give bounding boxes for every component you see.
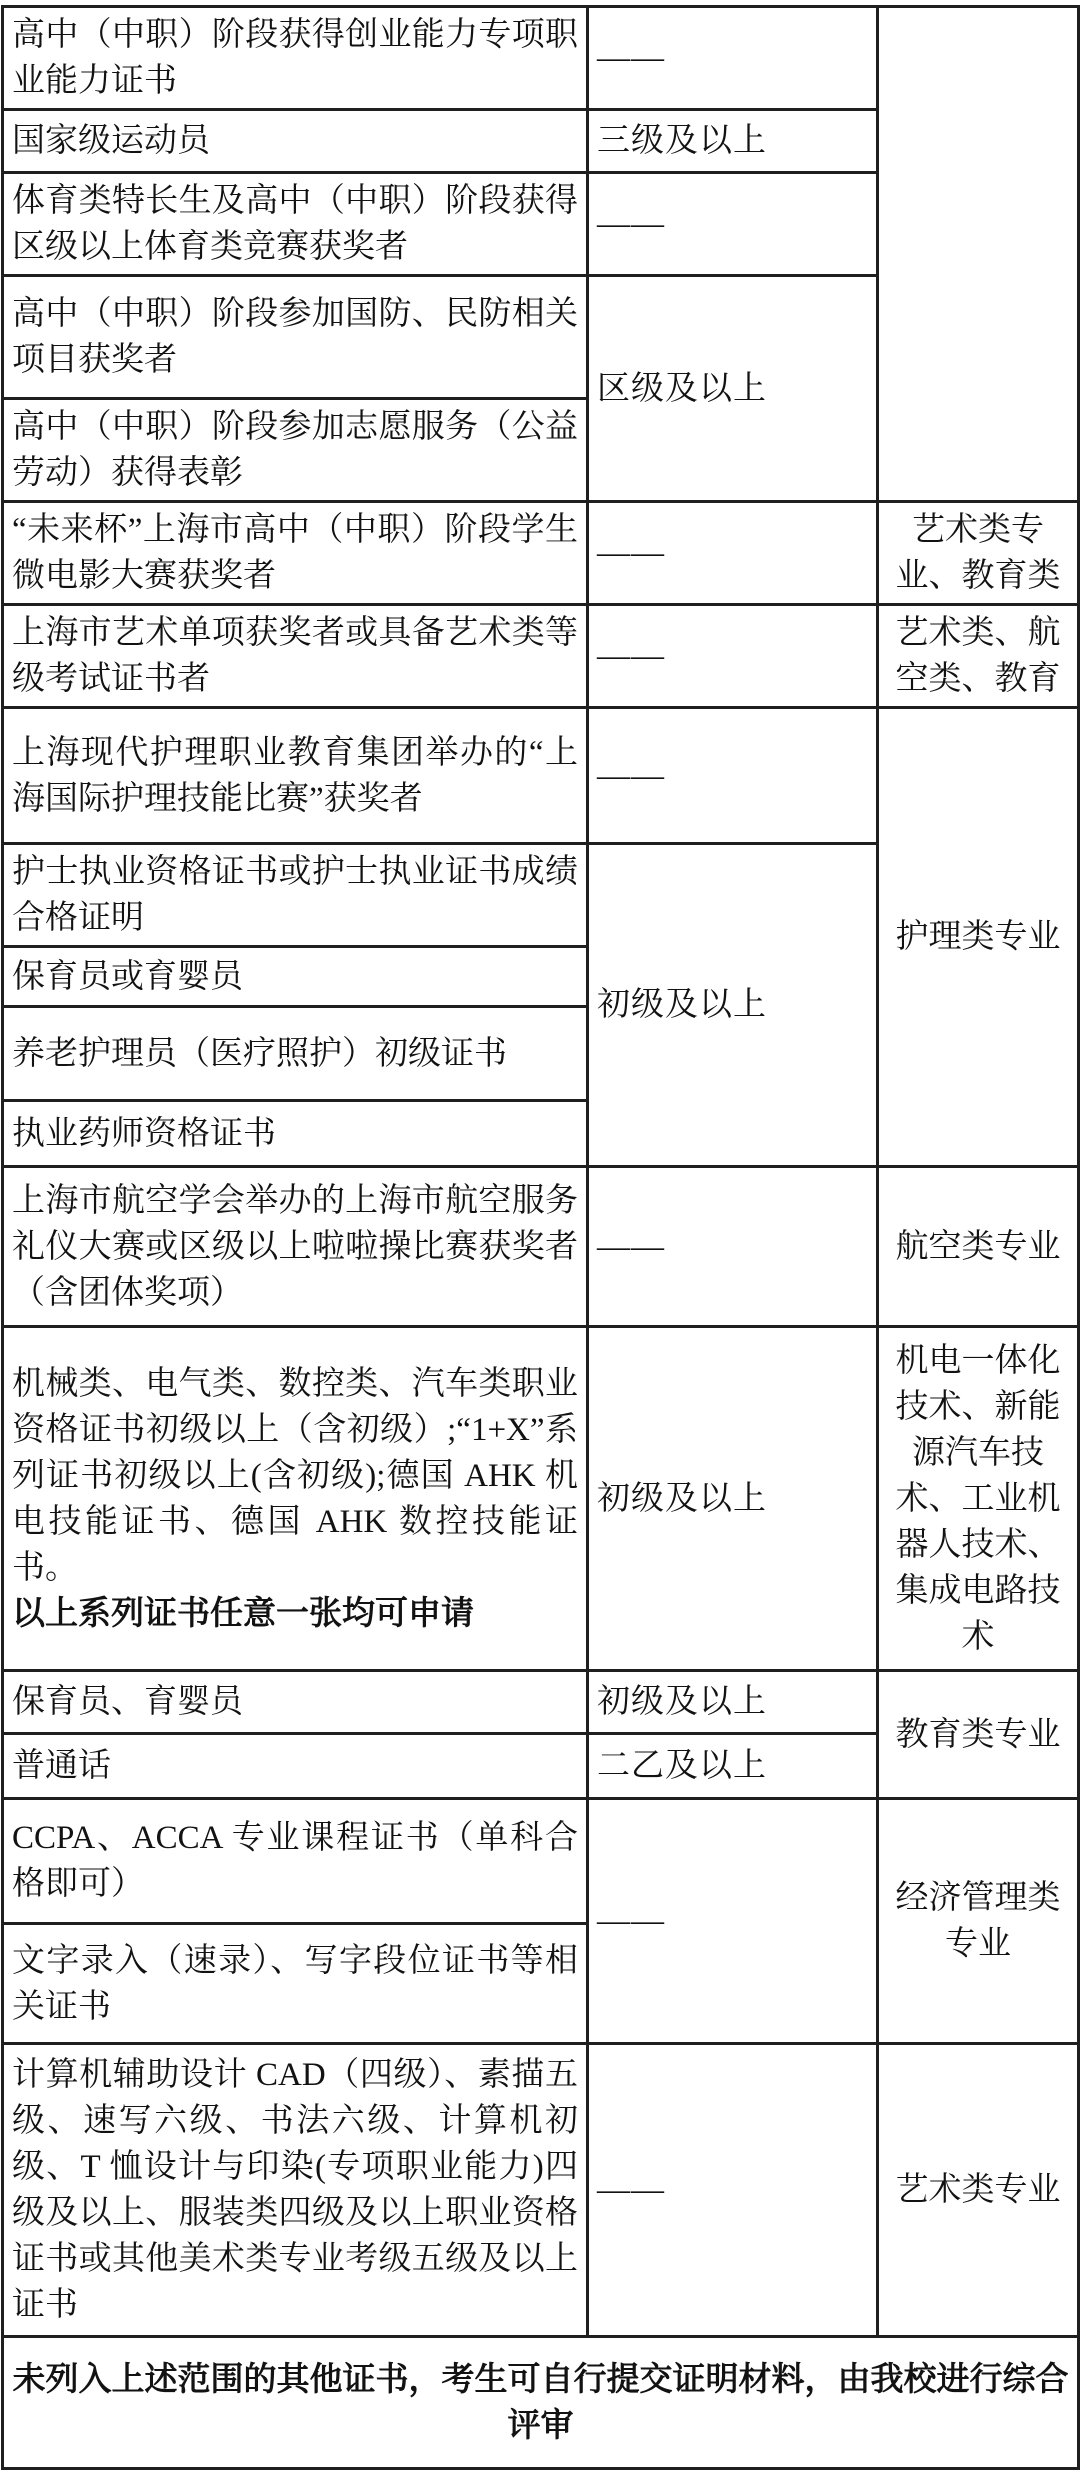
major-cell: 艺术类专业	[878, 2044, 1079, 2337]
cert-cell: 上海市航空学会举办的上海市航空服务礼仪大赛或区级以上啦啦操比赛获奖者（含团体奖项…	[3, 1167, 588, 1327]
footer-cell: 未列入上述范围的其他证书，考生可自行提交证明材料，由我校进行综合评审	[3, 2337, 1079, 2469]
certificate-requirements-table: 高中（中职）阶段获得创业能力专项职业能力证书——国家级运动员三级及以上体育类特长…	[1, 5, 1080, 2470]
cert-cell: “未来杯”上海市高中（中职）阶段学生微电影大赛获奖者	[3, 502, 588, 605]
table-row: “未来杯”上海市高中（中职）阶段学生微电影大赛获奖者——艺术类专业、教育类	[3, 502, 1079, 605]
cert-cell: 高中（中职）阶段参加国防、民防相关项目获奖者	[3, 276, 588, 399]
major-cell: 艺术类、航空类、教育	[878, 605, 1079, 708]
table-row: 未列入上述范围的其他证书，考生可自行提交证明材料，由我校进行综合评审	[3, 2337, 1079, 2469]
major-cell: 机电一体化技术、新能源汽车技术、工业机器人技术、集成电路技术	[878, 1327, 1079, 1671]
table-row: 高中（中职）阶段获得创业能力专项职业能力证书——	[3, 7, 1079, 110]
cert-cell: 上海市艺术单项获奖者或具备艺术类等级考试证书者	[3, 605, 588, 708]
level-cell: ——	[588, 502, 878, 605]
level-cell: ——	[588, 7, 878, 110]
cert-cell: CCPA、ACCA 专业课程证书（单科合格即可）	[3, 1799, 588, 1924]
level-cell: ——	[588, 1167, 878, 1327]
table-row: 保育员、育婴员初级及以上教育类专业	[3, 1671, 1079, 1734]
major-cell: 经济管理类专业	[878, 1799, 1079, 2044]
cert-cell: 国家级运动员	[3, 110, 588, 173]
major-cell: 护理类专业	[878, 708, 1079, 1167]
major-cell: 艺术类专业、教育类	[878, 502, 1079, 605]
level-cell: 二乙及以上	[588, 1734, 878, 1799]
cert-cell: 执业药师资格证书	[3, 1101, 588, 1167]
table-row: CCPA、ACCA 专业课程证书（单科合格即可）——经济管理类专业	[3, 1799, 1079, 1924]
table-row: 机械类、电气类、数控类、汽车类职业资格证书初级以上（含初级）;“1+X”系列证书…	[3, 1327, 1079, 1671]
level-cell: ——	[588, 708, 878, 844]
level-cell: ——	[588, 173, 878, 276]
level-cell: 初级及以上	[588, 1671, 878, 1734]
level-cell: 三级及以上	[588, 110, 878, 173]
cert-cell: 普通话	[3, 1734, 588, 1799]
cert-cell: 体育类特长生及高中（中职）阶段获得区级以上体育类竞赛获奖者	[3, 173, 588, 276]
level-cell: 区级及以上	[588, 276, 878, 502]
cert-cell: 养老护理员（医疗照护）初级证书	[3, 1007, 588, 1101]
major-cell	[878, 7, 1079, 502]
table-row: 上海现代护理职业教育集团举办的“上海国际护理技能比赛”获奖者——护理类专业	[3, 708, 1079, 844]
cert-cell: 保育员、育婴员	[3, 1671, 588, 1734]
level-cell: ——	[588, 605, 878, 708]
cert-cell: 保育员或育婴员	[3, 947, 588, 1007]
cert-cell: 文字录入（速录）、写字段位证书等相关证书	[3, 1924, 588, 2044]
cert-cell: 计算机辅助设计 CAD（四级）、素描五级、速写六级、书法六级、计算机初级、T 恤…	[3, 2044, 588, 2337]
cert-cell: 护士执业资格证书或护士执业证书成绩合格证明	[3, 844, 588, 947]
cert-text-line: 机械类、电气类、数控类、汽车类职业资格证书初级以上（含初级）;“1+X”系列证书…	[12, 1361, 578, 1591]
table-row: 上海市艺术单项获奖者或具备艺术类等级考试证书者——艺术类、航空类、教育	[3, 605, 1079, 708]
document-page: 高中（中职）阶段获得创业能力专项职业能力证书——国家级运动员三级及以上体育类特长…	[0, 5, 1080, 2492]
cert-cell: 机械类、电气类、数控类、汽车类职业资格证书初级以上（含初级）;“1+X”系列证书…	[3, 1327, 588, 1671]
level-cell: 初级及以上	[588, 1327, 878, 1671]
cert-cell: 高中（中职）阶段参加志愿服务（公益劳动）获得表彰	[3, 399, 588, 502]
level-cell: 初级及以上	[588, 844, 878, 1167]
major-cell: 教育类专业	[878, 1671, 1079, 1799]
cert-cell: 上海现代护理职业教育集团举办的“上海国际护理技能比赛”获奖者	[3, 708, 588, 844]
cert-note-bold-line: 以上系列证书任意一张均可申请	[12, 1591, 578, 1637]
table-row: 计算机辅助设计 CAD（四级）、素描五级、速写六级、书法六级、计算机初级、T 恤…	[3, 2044, 1079, 2337]
level-cell: ——	[588, 1799, 878, 2044]
table-row: 上海市航空学会举办的上海市航空服务礼仪大赛或区级以上啦啦操比赛获奖者（含团体奖项…	[3, 1167, 1079, 1327]
cert-cell: 高中（中职）阶段获得创业能力专项职业能力证书	[3, 7, 588, 110]
major-cell: 航空类专业	[878, 1167, 1079, 1327]
level-cell: ——	[588, 2044, 878, 2337]
